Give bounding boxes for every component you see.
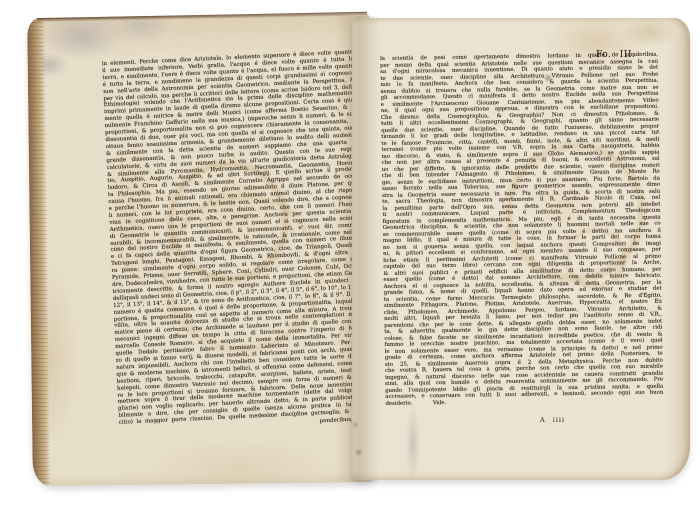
left-page-text-block: in elementi. Perche come dice Aristotele… (102, 49, 371, 434)
signature-mark: A iiii (540, 416, 565, 424)
left-page: in elementi. Perche come dice Aristotele… (27, 14, 375, 486)
left-page-fore-edge (27, 18, 50, 486)
right-page-text-block: la scientia de pesi come apertamente dim… (380, 52, 663, 407)
right-page: Fo. III. la scientia de pesi come aperta… (352, 18, 690, 480)
photo-of-open-book: in elementi. Perche come dice Aristotele… (0, 0, 700, 509)
left-page-lines: in elementi. Perche come dice Aristotele… (102, 49, 371, 426)
right-page-lines: la scientia de pesi come apertamente dim… (380, 52, 663, 401)
left-page-top-edge (37, 12, 367, 22)
open-book: in elementi. Perche come dice Aristotele… (0, 0, 700, 509)
